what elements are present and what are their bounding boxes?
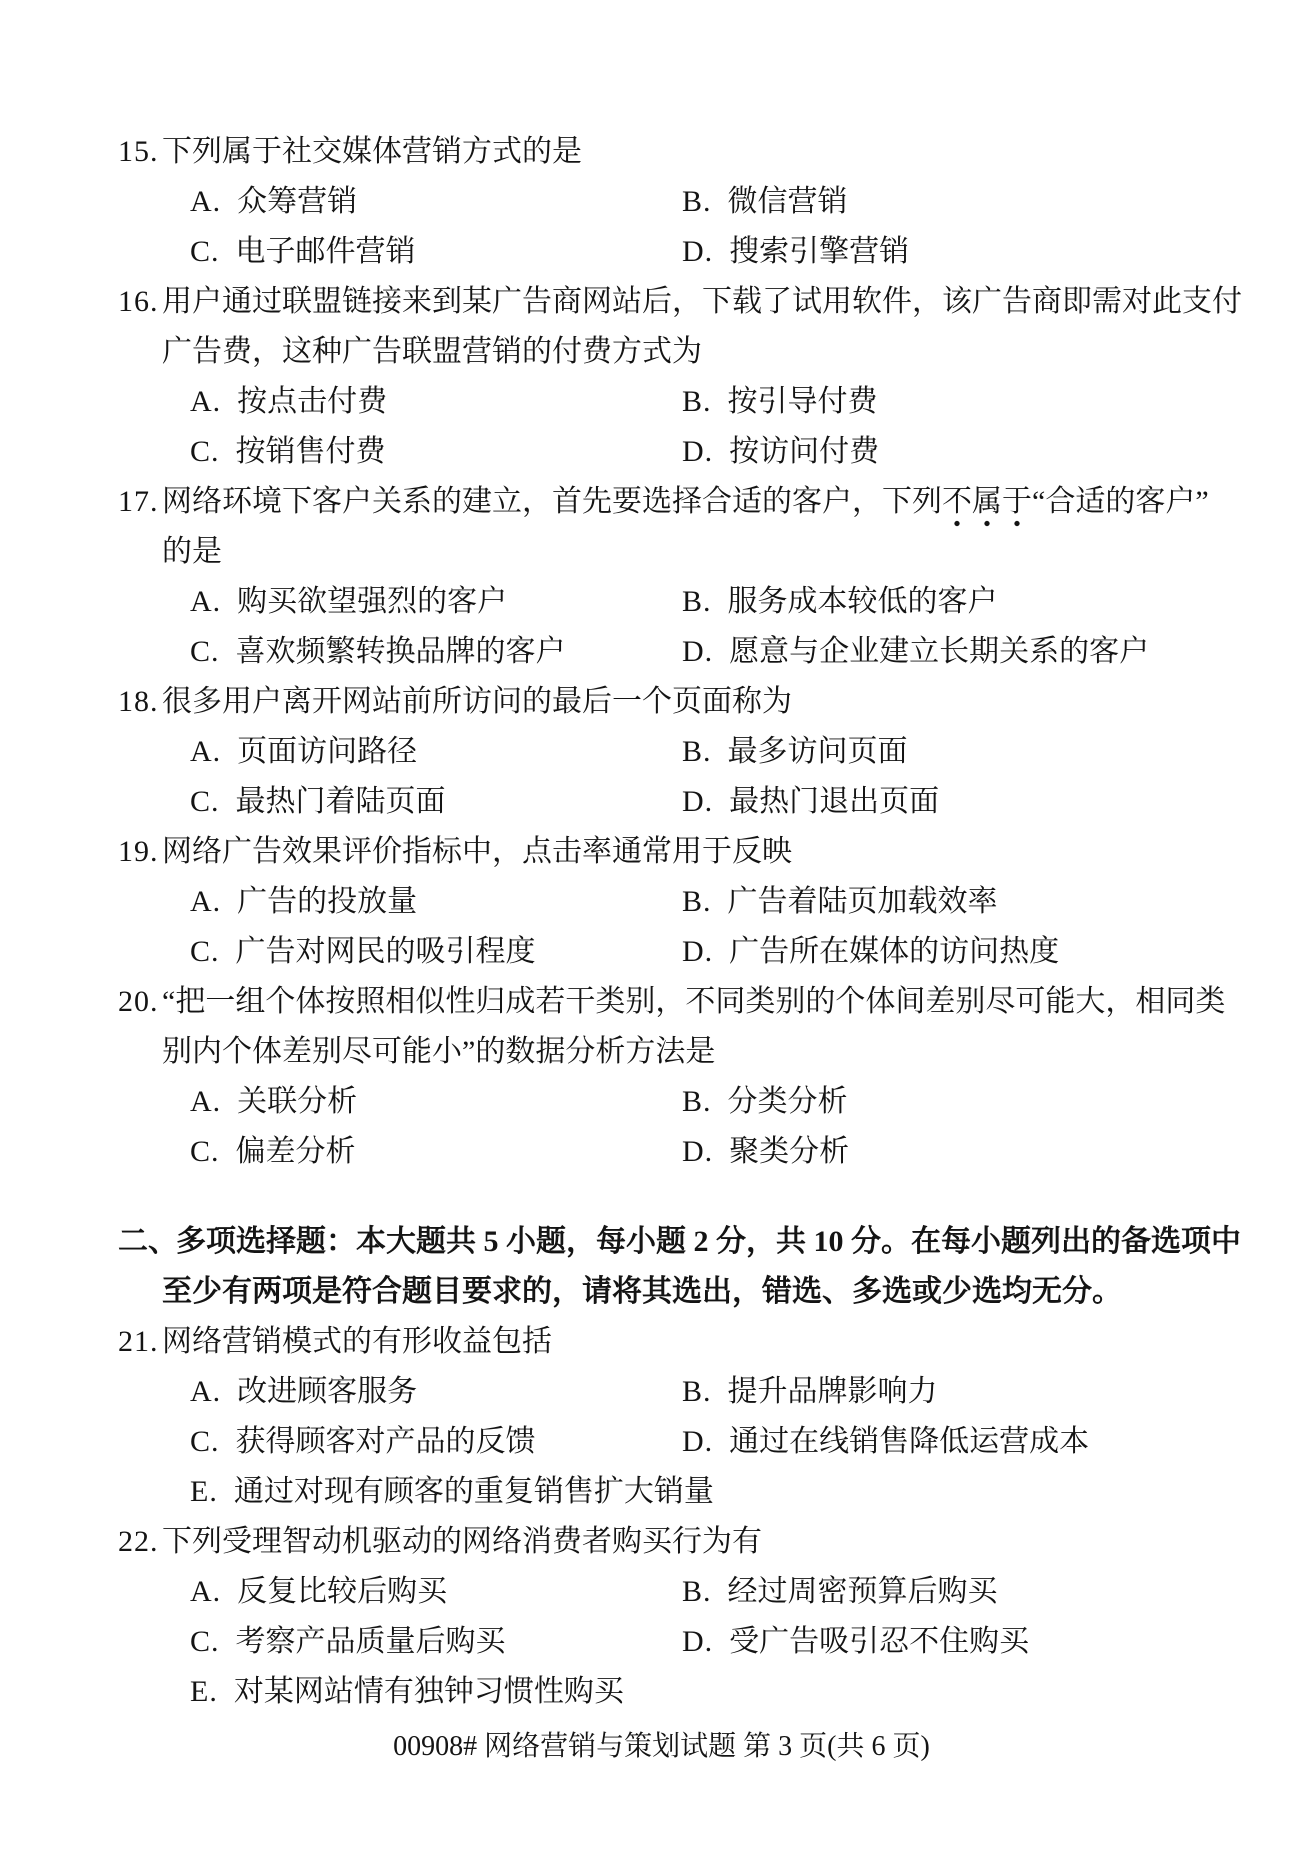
option-label: E.: [190, 1667, 218, 1717]
option-text: 按点击付费: [237, 385, 387, 418]
option-label: B.: [682, 877, 712, 927]
exam-paper-page: 15. 下列属于社交媒体营销方式的是 A.众筹营销 B.微信营销 C.电子邮件营…: [0, 0, 1305, 1868]
option: B.微信营销: [682, 177, 1205, 227]
question-stem: 下列属于社交媒体营销方式的是: [162, 127, 582, 177]
question-20: 20. “把一组个体按照相似性归成若干类别，不同类别的个体间差别尽可能大，相同类…: [118, 977, 1205, 1177]
question-18: 18. 很多用户离开网站前所访问的最后一个页面称为 A.页面访问路径 B.最多访…: [118, 677, 1205, 827]
question-stem-continued: 别内个体差别尽可能小”的数据分析方法是: [162, 1035, 715, 1068]
option-text: 考察产品质量后购买: [236, 1625, 506, 1658]
option-label: B.: [682, 1567, 712, 1617]
question-stem-continued: 广告费，这种广告联盟营销的付费方式为: [162, 335, 702, 368]
option-label: C.: [190, 1417, 220, 1467]
option: B.经过周密预算后购买: [682, 1567, 1205, 1617]
question-21: 21. 网络营销模式的有形收益包括 A.改进顾客服务 B.提升品牌影响力 C.获…: [118, 1317, 1205, 1517]
option: C.偏差分析: [190, 1127, 682, 1177]
option: C.考察产品质量后购买: [190, 1617, 682, 1667]
option-label: D.: [682, 227, 713, 277]
option-text: 页面访问路径: [237, 735, 417, 768]
option-label: A.: [190, 177, 221, 227]
option: B.广告着陆页加载效率: [682, 877, 1205, 927]
option-text: 分类分析: [728, 1085, 848, 1118]
option: D.通过在线销售降低运营成本: [682, 1417, 1205, 1467]
question-19: 19. 网络广告效果评价指标中，点击率通常用于反映 A.广告的投放量 B.广告着…: [118, 827, 1205, 977]
option: A.页面访问路径: [190, 727, 682, 777]
option-text: 广告对网民的吸引程度: [236, 935, 536, 968]
option: A.改进顾客服务: [190, 1367, 682, 1417]
option-label: B.: [682, 1367, 712, 1417]
option-label: A.: [190, 1077, 221, 1127]
option: D.最热门退出页面: [682, 777, 1205, 827]
option-text: 偏差分析: [236, 1135, 356, 1168]
question-number: 15.: [118, 127, 162, 177]
question-stem: 下列受理智动机驱动的网络消费者购买行为有: [162, 1517, 762, 1567]
option-text: 按访问付费: [729, 435, 879, 468]
option-text: 微信营销: [728, 185, 848, 218]
option-label: C.: [190, 627, 220, 677]
option: A.购买欲望强烈的客户: [190, 577, 682, 627]
question-number: 16.: [118, 277, 162, 327]
option-text: 愿意与企业建立长期关系的客户: [729, 635, 1149, 668]
option-text: 广告的投放量: [237, 885, 417, 918]
option: B.按引导付费: [682, 377, 1205, 427]
section-instructions-line1: 多项选择题：本大题共 5 小题，每小题 2 分，共 10 分。在每小题列出的备选…: [176, 1217, 1241, 1267]
option-label: C.: [190, 927, 220, 977]
question-stem: 网络环境下客户关系的建立，首先要选择合适的客户，下列不属于“合适的客户”: [162, 477, 1209, 527]
option: A.众筹营销: [190, 177, 682, 227]
option: C.广告对网民的吸引程度: [190, 927, 682, 977]
option-text: 通过对现有顾客的重复销售扩大销量: [234, 1475, 714, 1508]
option-text: 搜索引擎营销: [729, 235, 909, 268]
option-label: B.: [682, 727, 712, 777]
option-text: 聚类分析: [729, 1135, 849, 1168]
option: E.对某网站情有独钟习惯性购买: [190, 1667, 1205, 1717]
question-number: 19.: [118, 827, 162, 877]
option: C.最热门着陆页面: [190, 777, 682, 827]
question-number: 21.: [118, 1317, 162, 1367]
section-instructions-line2: 至少有两项是符合题目要求的，请将其选出，错选、多选或少选均无分。: [162, 1275, 1122, 1308]
option-text: 关联分析: [237, 1085, 357, 1118]
option-text: 最多访问页面: [728, 735, 908, 768]
option-label: A.: [190, 727, 221, 777]
option: C.喜欢频繁转换品牌的客户: [190, 627, 682, 677]
option: D.受广告吸引忍不住购买: [682, 1617, 1205, 1667]
option-text: 广告所在媒体的访问热度: [729, 935, 1059, 968]
option-text: 最热门着陆页面: [236, 785, 446, 818]
option-label: D.: [682, 927, 713, 977]
option-label: A.: [190, 577, 221, 627]
option-label: C.: [190, 427, 220, 477]
question-stem: 很多用户离开网站前所访问的最后一个页面称为: [162, 677, 792, 727]
section-number: 二、: [118, 1217, 176, 1267]
question-15: 15. 下列属于社交媒体营销方式的是 A.众筹营销 B.微信营销 C.电子邮件营…: [118, 127, 1205, 277]
option: B.分类分析: [682, 1077, 1205, 1127]
option: D.搜索引擎营销: [682, 227, 1205, 277]
question-number: 22.: [118, 1517, 162, 1567]
option-label: A.: [190, 377, 221, 427]
question-17: 17. 网络环境下客户关系的建立，首先要选择合适的客户，下列不属于“合适的客户”…: [118, 477, 1205, 677]
option-label: E.: [190, 1467, 218, 1517]
option-label: B.: [682, 1077, 712, 1127]
option: D.愿意与企业建立长期关系的客户: [682, 627, 1205, 677]
option-text: 服务成本较低的客户: [728, 585, 998, 618]
question-number: 20.: [118, 977, 162, 1027]
option: A.广告的投放量: [190, 877, 682, 927]
option: C.按销售付费: [190, 427, 682, 477]
option: A.反复比较后购买: [190, 1567, 682, 1617]
stem-segment: 网络环境下客户关系的建立，首先要选择合适的客户，下列: [162, 485, 942, 518]
question-16: 16. 用户通过联盟链接来到某广告商网站后，下载了试用软件，该广告商即需对此支付…: [118, 277, 1205, 477]
option: B.提升品牌影响力: [682, 1367, 1205, 1417]
option-label: D.: [682, 1417, 713, 1467]
option-label: B.: [682, 177, 712, 227]
stem-segment: “合适的客户”: [1032, 485, 1209, 518]
option: C.电子邮件营销: [190, 227, 682, 277]
option: D.聚类分析: [682, 1127, 1205, 1177]
option-text: 反复比较后购买: [237, 1575, 447, 1608]
option-label: D.: [682, 1127, 713, 1177]
option-text: 喜欢频繁转换品牌的客户: [236, 635, 566, 668]
option-text: 电子邮件营销: [236, 235, 416, 268]
option-text: 购买欲望强烈的客户: [237, 585, 507, 618]
option-text: 最热门退出页面: [729, 785, 939, 818]
question-stem: 网络营销模式的有形收益包括: [162, 1317, 552, 1367]
option: C.获得顾客对产品的反馈: [190, 1417, 682, 1467]
option-text: 获得顾客对产品的反馈: [236, 1425, 536, 1458]
option-text: 广告着陆页加载效率: [728, 885, 998, 918]
option-label: D.: [682, 427, 713, 477]
page-footer: 00908# 网络营销与策划试题 第 3 页(共 6 页): [118, 1725, 1205, 1769]
option-label: A.: [190, 1567, 221, 1617]
option-label: A.: [190, 1367, 221, 1417]
option-label: B.: [682, 577, 712, 627]
question-number: 17.: [118, 477, 162, 527]
question-stem: “把一组个体按照相似性归成若干类别，不同类别的个体间差别尽可能大，相同类: [162, 977, 1225, 1027]
option-label: C.: [190, 1127, 220, 1177]
option: B.服务成本较低的客户: [682, 577, 1205, 627]
option: B.最多访问页面: [682, 727, 1205, 777]
option-label: C.: [190, 777, 220, 827]
option: D.广告所在媒体的访问热度: [682, 927, 1205, 977]
option: E.通过对现有顾客的重复销售扩大销量: [190, 1467, 1205, 1517]
option-text: 按引导付费: [728, 385, 878, 418]
option-text: 改进顾客服务: [237, 1375, 417, 1408]
question-stem: 网络广告效果评价指标中，点击率通常用于反映: [162, 827, 792, 877]
question-stem-continued: 的是: [162, 535, 222, 568]
question-number: 18.: [118, 677, 162, 727]
option-label: D.: [682, 627, 713, 677]
option-label: D.: [682, 1617, 713, 1667]
option-text: 众筹营销: [237, 185, 357, 218]
option: D.按访问付费: [682, 427, 1205, 477]
option-label: D.: [682, 777, 713, 827]
option: A.关联分析: [190, 1077, 682, 1127]
option-text: 按销售付费: [236, 435, 386, 468]
option-text: 对某网站情有独钟习惯性购买: [234, 1675, 624, 1708]
section-two-header: 二、 多项选择题：本大题共 5 小题，每小题 2 分，共 10 分。在每小题列出…: [118, 1217, 1205, 1317]
option-text: 通过在线销售降低运营成本: [729, 1425, 1089, 1458]
option-label: B.: [682, 377, 712, 427]
option-label: C.: [190, 1617, 220, 1667]
option-text: 受广告吸引忍不住购买: [729, 1625, 1029, 1658]
option-label: A.: [190, 877, 221, 927]
option-text: 提升品牌影响力: [728, 1375, 938, 1408]
option-text: 经过周密预算后购买: [728, 1575, 998, 1608]
option: A.按点击付费: [190, 377, 682, 427]
question-stem: 用户通过联盟链接来到某广告商网站后，下载了试用软件，该广告商即需对此支付: [162, 277, 1242, 327]
option-label: C.: [190, 227, 220, 277]
emphasized-text: 不属于: [942, 485, 1032, 527]
question-22: 22. 下列受理智动机驱动的网络消费者购买行为有 A.反复比较后购买 B.经过周…: [118, 1517, 1205, 1717]
